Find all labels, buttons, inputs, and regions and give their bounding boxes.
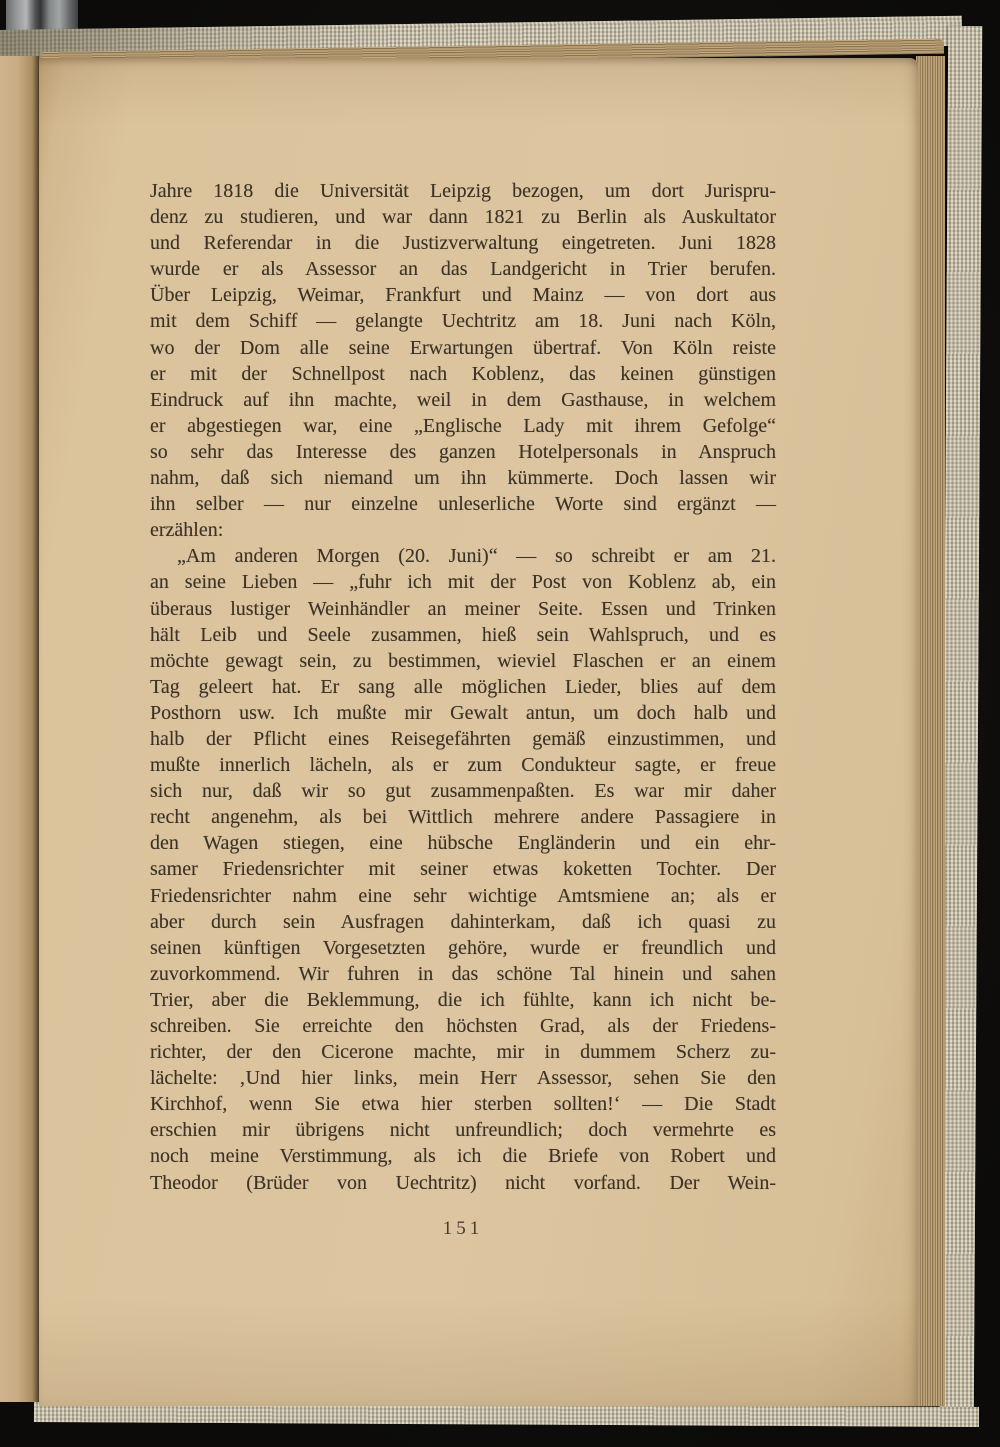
text-line: überaus lustiger Weinhändler an meiner S… — [150, 596, 776, 622]
text-line: seinen künftigen Vorgesetzten gehöre, wu… — [150, 935, 776, 961]
text-line: möchte gewagt sein, zu bestimmen, wievie… — [150, 648, 776, 674]
text-line: noch meine Verstimmung, als ich die Brie… — [150, 1143, 776, 1169]
paragraph: Jahre 1818 die Universität Leipzig bezog… — [150, 178, 776, 543]
text-line: Kirchhof, wenn Sie etwa hier sterben sol… — [150, 1091, 776, 1117]
book-page: Jahre 1818 die Universität Leipzig bezog… — [39, 58, 918, 1406]
text-line: recht angenehm, als bei Wittlich mehrere… — [150, 804, 776, 830]
text-line: wo der Dom alle seine Erwartungen übertr… — [150, 335, 776, 361]
text-line: lächelte: ‚Und hier links, mein Herr Ass… — [150, 1065, 776, 1091]
facing-page-gutter — [0, 56, 39, 1402]
text-line: Friedensrichter nahm eine sehr wichtige … — [150, 883, 776, 909]
text-line: sich nur, daß wir so gut zusammenpaßten.… — [150, 778, 776, 804]
text-line: wurde er als Assessor an das Landgericht… — [150, 256, 776, 282]
text-line: er mit der Schnellpost nach Koblenz, das… — [150, 361, 776, 387]
text-line: mit dem Schiff — gelangte Uechtritz am 1… — [150, 308, 776, 334]
paragraph: „Am anderen Morgen (20. Juni)“ — so schr… — [150, 543, 776, 1195]
text-line: „Am anderen Morgen (20. Juni)“ — so schr… — [150, 543, 776, 569]
text-line: und Referendar in die Justizverwaltung e… — [150, 230, 776, 256]
text-line: denz zu studieren, und war dann 1821 zu … — [150, 204, 776, 230]
text-line: nahm, daß sich niemand um ihn kümmerte. … — [150, 465, 776, 491]
text-line: Eindruck auf ihn machte, weil in dem Gas… — [150, 387, 776, 413]
text-line: erzählen: — [150, 517, 776, 543]
text-line: Über Leipzig, Weimar, Frankfurt und Main… — [150, 282, 776, 308]
text-line: mußte innerlich lächeln, als er zum Cond… — [150, 752, 776, 778]
book-scan: Jahre 1818 die Universität Leipzig bezog… — [0, 0, 1000, 1447]
cover-cloth-edge-right — [940, 26, 983, 1418]
text-line: Tag geleert hat. Er sang alle möglichen … — [150, 674, 776, 700]
page-number: 151 — [150, 1218, 776, 1240]
text-line: Posthorn usw. Ich mußte mir Gewalt antun… — [150, 700, 776, 726]
text-line: den Wagen stiegen, eine hübsche Englände… — [150, 830, 776, 856]
text-line: hält Leib und Seele zusammen, hieß sein … — [150, 622, 776, 648]
text-line: zuvorkommend. Wir fuhren in das schöne T… — [150, 961, 776, 987]
text-line: erschien mir übrigens nicht unfreundlich… — [150, 1117, 776, 1143]
text-line: so sehr das Interesse des ganzen Hotelpe… — [150, 439, 776, 465]
text-line: ihn selber — nur einzelne unleserliche W… — [150, 491, 776, 517]
page-stack-edges-right — [916, 56, 945, 1406]
text-line: an seine Lieben — „fuhr ich mit der Post… — [150, 569, 776, 595]
text-line: Trier, aber die Beklemmung, die ich fühl… — [150, 987, 776, 1013]
text-line: richter, der den Cicerone machte, mir in… — [150, 1039, 776, 1065]
text-line: Theodor (Brüder von Uechtritz) nicht vor… — [150, 1170, 776, 1196]
text-line: samer Friedensrichter mit seiner etwas k… — [150, 856, 776, 882]
text-line: er abgestiegen war, eine „Englische Lady… — [150, 413, 776, 439]
text-line: aber durch sein Ausfragen dahinterkam, d… — [150, 909, 776, 935]
page-text: Jahre 1818 die Universität Leipzig bezog… — [150, 178, 776, 1196]
text-line: schreiben. Sie erreichte den höchsten Gr… — [150, 1013, 776, 1039]
text-line: Jahre 1818 die Universität Leipzig bezog… — [150, 178, 776, 204]
text-line: halb der Pflicht eines Reisegefährten ge… — [150, 726, 776, 752]
